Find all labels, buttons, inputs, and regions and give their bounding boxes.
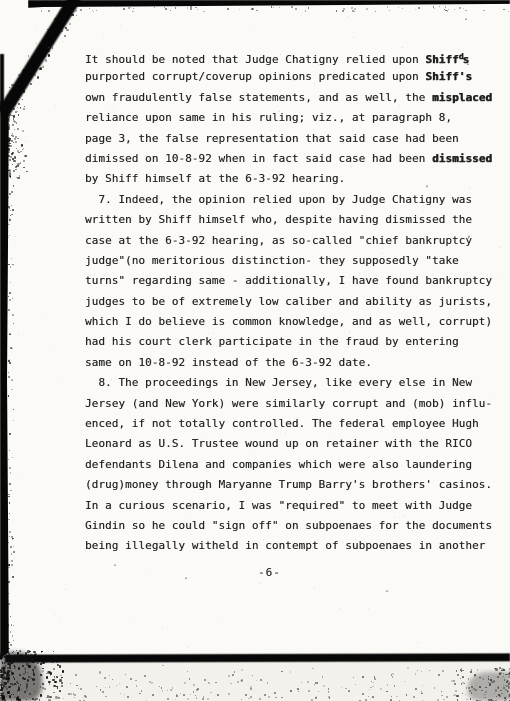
noise-speck (493, 681, 495, 683)
document-line: Gindin so he could "sign off" on subpoen… (85, 516, 492, 536)
noise-speck (7, 680, 9, 682)
noise-speck (22, 149, 23, 150)
noise-speck (23, 673, 25, 675)
noise-speck (456, 695, 458, 697)
noise-speck (354, 8, 356, 10)
stray-ink-mark: . (183, 571, 189, 582)
noise-speck (196, 689, 198, 691)
noise-speck (123, 8, 125, 10)
noise-speck (8, 372, 9, 373)
noise-speck (161, 687, 163, 689)
noise-speck (465, 10, 466, 11)
document-text-segment: Shiff's (425, 70, 472, 83)
noise-speck (466, 699, 468, 701)
noise-speck (25, 141, 26, 142)
noise-speck (48, 54, 50, 56)
document-text-segment: s (463, 53, 470, 66)
noise-speck (301, 15, 302, 16)
document-text-segment: same on 10-8-92 instead of the 6-3-92 da… (85, 356, 372, 369)
noise-speck (15, 104, 16, 105)
noise-speck (457, 674, 459, 676)
noise-speck (24, 106, 25, 107)
noise-speck (9, 513, 11, 515)
noise-speck (7, 95, 9, 97)
noise-speck (23, 108, 25, 110)
noise-speck (53, 24, 54, 25)
document-text-segment: dismissed (432, 152, 492, 165)
noise-speck (504, 679, 505, 680)
noise-speck (10, 176, 12, 178)
document-line: Jersey (and New York) were similarly cor… (85, 394, 492, 414)
noise-speck (126, 686, 128, 688)
noise-speck (295, 8, 297, 10)
noise-speck (53, 651, 54, 652)
noise-speck (60, 675, 61, 676)
noise-speck (421, 558, 422, 559)
noise-speck (50, 43, 52, 45)
noise-speck (14, 129, 15, 130)
document-line: dimissed on 10-8-92 when in fact said ca… (85, 149, 492, 169)
noise-speck (48, 50, 50, 52)
noise-speck (12, 576, 14, 578)
noise-speck (504, 697, 506, 699)
noise-speck (17, 111, 18, 112)
noise-speck (0, 674, 1, 675)
noise-speck (36, 27, 37, 28)
noise-speck (8, 519, 9, 520)
document-line: being illegally witheld in contempt of s… (85, 536, 492, 556)
noise-speck (23, 697, 25, 699)
noise-speck (40, 694, 42, 696)
document-text-segment: judge"(no meritorious distinction- they … (85, 254, 459, 267)
noise-speck (4, 662, 5, 663)
noise-speck (13, 108, 15, 110)
document-text-segment: case at the 6-3-92 hearing, as so-called… (85, 234, 472, 247)
document-text-segment: (drug)money through Maryanne Trump Barry… (85, 478, 492, 491)
document-text-segment: being illegally witheld in contempt of s… (85, 539, 485, 552)
noise-speck (33, 683, 35, 685)
document-text: It should be noted that Judge Chatigny r… (85, 47, 492, 557)
document-line: same on 10-8-92 instead of the 6-3-92 da… (85, 353, 492, 373)
document-line: case at the 6-3-92 hearing, as so-called… (85, 231, 492, 251)
noise-speck (37, 663, 39, 665)
noise-speck (17, 128, 19, 130)
noise-speck (434, 8, 435, 9)
noise-speck (80, 9, 82, 11)
document-text-segment: Leonard as U.S. Trustee wound up on reta… (85, 437, 472, 450)
noise-speck (193, 684, 195, 686)
noise-speck (17, 138, 18, 139)
noise-speck (22, 70, 23, 71)
noise-speck (36, 634, 37, 635)
scanned-document-page: ..',..- It should be noted that Judge Ch… (0, 0, 510, 701)
noise-speck (396, 696, 398, 698)
document-text-segment: purported corrupt/coverup opinions predi… (85, 70, 425, 83)
noise-speck (498, 273, 499, 274)
noise-speck (54, 18, 56, 20)
noise-speck (81, 216, 82, 217)
noise-speck (43, 136, 44, 137)
noise-speck (30, 83, 32, 85)
noise-speck (12, 124, 14, 126)
noise-speck (117, 588, 118, 589)
noise-speck (203, 11, 204, 12)
noise-speck (228, 675, 230, 677)
noise-speck (32, 58, 34, 60)
noise-speck (11, 379, 13, 381)
noise-speck (9, 169, 11, 171)
noise-speck (8, 567, 10, 569)
noise-speck (241, 699, 242, 700)
noise-speck (50, 33, 52, 35)
stray-ink-mark: . (463, 12, 469, 23)
noise-speck (59, 665, 61, 667)
noise-speck (447, 10, 448, 11)
noise-speck (78, 688, 79, 689)
noise-speck (15, 136, 17, 138)
noise-speck (17, 107, 18, 108)
noise-speck (281, 697, 282, 698)
noise-speck (19, 655, 21, 657)
noise-speck (23, 167, 25, 169)
noise-speck (23, 148, 24, 149)
noise-speck (8, 197, 9, 198)
noise-speck (499, 247, 500, 248)
scan-artifact-top-bar (28, 0, 510, 8)
noise-speck (328, 696, 330, 698)
noise-speck (18, 334, 19, 335)
document-text-segment: enced, if not totally controlled. The fe… (85, 417, 479, 430)
noise-speck (42, 40, 43, 41)
noise-speck (10, 145, 12, 147)
noise-speck (183, 694, 185, 696)
stray-ink-mark: - (384, 586, 390, 597)
document-text-segment: Gindin so he could "sign off" on subpoen… (85, 519, 492, 532)
document-line: 7. Indeed, the opinion relied upon by Ju… (85, 190, 492, 210)
noise-speck (196, 697, 197, 698)
noise-speck (2, 677, 5, 680)
document-text-segment: turns" regarding same - additionally, I … (85, 274, 492, 287)
noise-speck (297, 688, 299, 690)
noise-speck (76, 9, 77, 10)
noise-speck (9, 433, 10, 434)
noise-speck (10, 210, 11, 211)
noise-speck (351, 7, 353, 9)
noise-speck (190, 6, 191, 7)
noise-speck (499, 672, 501, 674)
noise-speck (10, 282, 11, 283)
noise-speck (20, 651, 21, 652)
noise-speck (8, 151, 10, 153)
noise-speck (250, 696, 252, 698)
noise-speck (221, 622, 222, 623)
noise-speck (12, 314, 13, 315)
noise-speck (62, 670, 65, 673)
noise-speck (12, 635, 13, 636)
noise-speck (27, 679, 29, 681)
noise-speck (64, 35, 66, 37)
noise-speck (12, 298, 13, 299)
noise-speck (8, 494, 9, 495)
noise-speck (260, 679, 261, 680)
noise-speck (485, 687, 486, 688)
noise-speck (13, 420, 14, 421)
noise-speck (39, 49, 40, 50)
noise-speck (490, 679, 491, 680)
noise-speck (49, 30, 51, 32)
noise-speck (52, 47, 54, 49)
noise-speck (9, 121, 10, 122)
document-line: enced, if not totally controlled. The fe… (85, 414, 492, 434)
noise-speck (463, 8, 464, 9)
noise-speck (508, 683, 510, 685)
noise-speck (455, 690, 457, 692)
noise-speck (8, 296, 9, 297)
noise-speck (362, 693, 364, 695)
noise-speck (259, 698, 261, 700)
noise-speck (18, 667, 21, 670)
noise-speck (13, 142, 14, 143)
noise-speck (234, 671, 235, 672)
noise-speck (483, 10, 485, 12)
noise-speck (190, 694, 191, 695)
noise-speck (48, 10, 50, 12)
noise-speck (413, 696, 415, 698)
document-text-segment: dimissed on 10-8-92 when in fact said ca… (85, 152, 432, 165)
noise-speck (89, 8, 90, 9)
noise-speck (11, 191, 13, 193)
document-text-segment: by Shiff himself at the 6-3-92 hearing. (85, 172, 345, 185)
document-text-segment: 8. The proceedings in New Jersey, like e… (85, 376, 472, 389)
noise-speck (61, 685, 63, 687)
document-text-segment: Shiff (425, 53, 458, 66)
noise-speck (9, 159, 11, 161)
noise-speck (120, 25, 121, 26)
noise-speck (8, 264, 9, 265)
noise-speck (391, 696, 392, 697)
noise-speck (9, 695, 12, 698)
noise-speck (13, 409, 14, 410)
noise-speck (3, 666, 6, 669)
noise-speck (7, 691, 10, 694)
noise-speck (22, 99, 24, 101)
noise-speck (73, 5, 75, 7)
noise-speck (72, 14, 73, 15)
noise-speck (10, 644, 12, 646)
noise-speck (386, 691, 388, 693)
noise-speck (12, 164, 13, 165)
noise-speck (8, 606, 9, 607)
document-text-segment: Jersey (and New York) were similarly cor… (85, 397, 492, 410)
noise-speck (130, 7, 132, 9)
document-text-segment: which I do believe is common knowledge, … (85, 315, 492, 328)
document-line: had his court clerk participate in the f… (85, 332, 492, 352)
noise-speck (59, 12, 61, 14)
noise-speck (317, 682, 318, 683)
noise-speck (217, 694, 219, 696)
noise-speck (34, 654, 36, 656)
noise-speck (15, 141, 17, 143)
noise-speck (36, 661, 37, 662)
noise-speck (40, 686, 41, 687)
noise-speck (24, 678, 26, 680)
noise-speck (494, 668, 495, 669)
noise-speck (145, 571, 146, 572)
noise-speck (141, 690, 142, 691)
noise-speck (9, 660, 12, 663)
noise-speck (415, 673, 416, 674)
noise-speck (454, 9, 455, 10)
noise-speck (66, 29, 68, 31)
noise-speck (442, 670, 443, 671)
noise-speck (69, 23, 71, 25)
noise-speck (2, 662, 3, 663)
noise-speck (63, 14, 65, 16)
noise-speck (162, 628, 163, 629)
noise-speck (407, 667, 409, 669)
noise-speck (241, 679, 243, 681)
noise-speck (26, 171, 28, 173)
document-line: page 3, the false representation that sa… (85, 129, 492, 149)
noise-speck (8, 206, 10, 208)
noise-speck (74, 697, 75, 698)
noise-speck (61, 30, 63, 32)
noise-speck (9, 531, 10, 532)
noise-speck (149, 681, 151, 683)
noise-speck (402, 8, 403, 9)
noise-speck (322, 676, 324, 678)
noise-speck (13, 170, 15, 172)
noise-speck (232, 674, 234, 676)
noise-speck (4, 111, 5, 112)
noise-speck (195, 7, 197, 9)
noise-speck (55, 105, 56, 106)
noise-speck (187, 7, 189, 9)
noise-speck (54, 676, 55, 677)
noise-speck (250, 688, 252, 690)
document-line: reliance upon same in his ruling; viz., … (85, 108, 492, 128)
noise-speck (12, 656, 14, 658)
document-line: (drug)money through Maryanne Trump Barry… (85, 475, 492, 495)
noise-speck (505, 689, 507, 691)
document-text-segment: 7. Indeed, the opinion relied upon by Ju… (85, 193, 472, 206)
noise-speck (11, 389, 12, 390)
noise-speck (8, 625, 9, 626)
noise-speck (8, 395, 9, 396)
noise-speck (9, 124, 11, 126)
noise-speck (41, 662, 44, 665)
noise-speck (124, 694, 125, 695)
noise-speck (12, 135, 14, 137)
document-text-segment: In a curious scenario, I was "required" … (85, 499, 472, 512)
noise-speck (453, 680, 455, 682)
noise-speck (8, 108, 10, 110)
noise-speck (448, 9, 449, 10)
noise-speck (290, 690, 291, 691)
noise-speck (8, 376, 9, 377)
noise-speck (503, 9, 505, 11)
noise-speck (8, 237, 9, 238)
noise-speck (368, 608, 369, 609)
noise-speck (175, 7, 176, 8)
noise-speck (13, 640, 14, 641)
noise-speck (503, 685, 504, 686)
document-text-segment: reliance upon same in his ruling; viz., … (85, 111, 452, 124)
noise-speck (151, 682, 153, 684)
noise-speck (256, 10, 258, 12)
noise-speck (25, 671, 27, 673)
noise-speck (495, 668, 497, 670)
noise-speck (18, 177, 20, 179)
noise-speck (68, 693, 70, 695)
noise-speck (34, 666, 36, 668)
noise-speck (27, 65, 29, 67)
noise-speck (11, 553, 13, 555)
noise-speck (203, 696, 205, 698)
noise-speck (58, 381, 59, 382)
noise-speck (5, 108, 7, 110)
noise-speck (28, 55, 29, 56)
noise-speck (8, 148, 10, 150)
noise-speck (14, 655, 16, 657)
noise-speck (8, 309, 10, 311)
noise-speck (127, 696, 128, 697)
noise-speck (345, 688, 346, 689)
noise-speck (74, 694, 75, 695)
stray-ink-mark: . (112, 558, 118, 569)
noise-speck (13, 625, 14, 626)
noise-speck (9, 292, 11, 294)
noise-speck (76, 15, 77, 16)
noise-speck (15, 111, 17, 113)
noise-speck (49, 345, 50, 346)
noise-speck (187, 647, 188, 648)
noise-speck (301, 682, 302, 683)
noise-speck (348, 690, 350, 692)
noise-speck (132, 11, 134, 13)
noise-speck (13, 694, 14, 695)
document-line: judge"(no meritorious distinction- they … (85, 251, 492, 271)
noise-speck (252, 675, 253, 676)
noise-speck (21, 145, 23, 147)
noise-speck (24, 691, 26, 693)
noise-speck (14, 156, 16, 158)
noise-speck (9, 235, 11, 237)
noise-speck (16, 165, 18, 167)
noise-speck (60, 622, 61, 623)
document-line: defendants Dilena and companies which we… (85, 455, 492, 475)
noise-speck (60, 9, 62, 11)
noise-speck (462, 676, 464, 678)
noise-speck (30, 72, 32, 74)
noise-speck (495, 689, 498, 692)
noise-speck (342, 10, 344, 12)
noise-speck (35, 59, 37, 61)
noise-speck (54, 685, 56, 687)
noise-speck (20, 684, 21, 685)
noise-speck (60, 19, 61, 20)
noise-speck (93, 11, 95, 13)
noise-speck (12, 209, 14, 211)
document-text-segment: own fraudulently false statements, and a… (85, 91, 432, 104)
noise-speck (16, 148, 17, 149)
noise-speck (70, 693, 72, 695)
noise-speck (339, 608, 340, 609)
noise-speck (13, 160, 15, 162)
scan-artifact-bottom-noise-zone (0, 662, 510, 701)
noise-speck (37, 76, 39, 78)
noise-speck (418, 7, 420, 9)
